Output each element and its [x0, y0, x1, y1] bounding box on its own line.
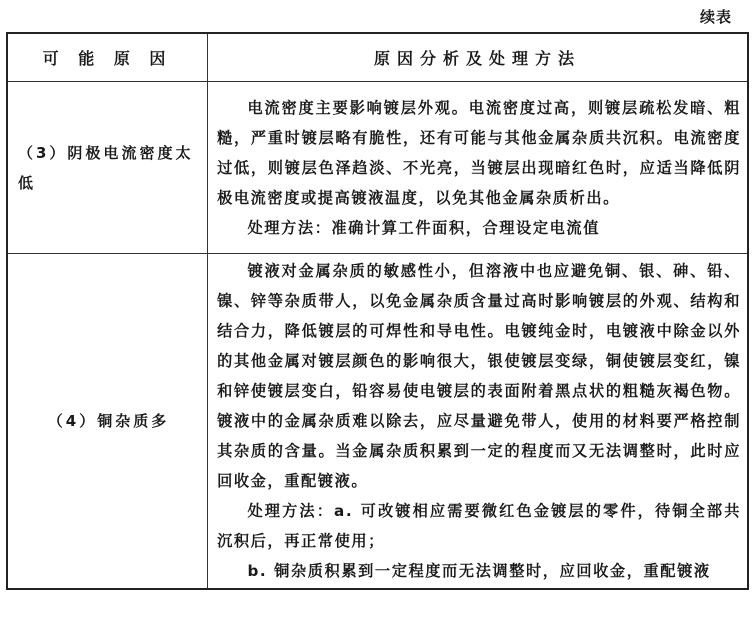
analysis-cell: 镀液对金属杂质的敏感性小，但溶液中也应避免铜、银、砷、铅、镍、锌等杂质带人，以免…: [208, 254, 748, 590]
treatment-text: 处理方法：准确计算工件面积，合理设定电流值: [217, 213, 741, 243]
table-header-row: 可 能 原 因 原因分析及处理方法: [7, 33, 748, 82]
troubleshooting-table: 可 能 原 因 原因分析及处理方法 （3）阴极电流密度太低 电流密度主要影响镀层…: [6, 32, 749, 590]
cause-cell: （4）铜杂质多: [7, 254, 208, 590]
table-row: （4）铜杂质多 镀液对金属杂质的敏感性小，但溶液中也应避免铜、银、砷、铅、镍、锌…: [7, 254, 748, 590]
treatment-text: 处理方法：a. 可改镀相应需要微红色金镀层的零件，待铜全部共沉积后，再正常使用；: [217, 496, 741, 556]
treatment-label: 处理方法：: [247, 502, 334, 520]
treatment-text-b: b. 铜杂质积累到一定程度而无法调整时，应回收金，重配镀液: [217, 556, 741, 586]
analysis-cell: 电流密度主要影响镀层外观。电流密度过高，则镀层疏松发暗、粗糙，严重时镀层略有脆性…: [208, 82, 748, 254]
header-analysis-and-treatment: 原因分析及处理方法: [208, 33, 748, 82]
table-row: （3）阴极电流密度太低 电流密度主要影响镀层外观。电流密度过高，则镀层疏松发暗、…: [7, 82, 748, 254]
analysis-text: 镀液对金属杂质的敏感性小，但溶液中也应避免铜、银、砷、铅、镍、锌等杂质带人，以免…: [217, 256, 741, 496]
header-possible-cause: 可 能 原 因: [7, 33, 208, 82]
cause-cell: （3）阴极电流密度太低: [7, 82, 208, 254]
treatment-label: 处理方法：: [247, 219, 331, 237]
analysis-text: 电流密度主要影响镀层外观。电流密度过高，则镀层疏松发暗、粗糙，严重时镀层略有脆性…: [217, 93, 741, 213]
treatment-value: 准确计算工件面积，合理设定电流值: [331, 219, 600, 237]
continued-table-label: 续表: [700, 6, 732, 27]
